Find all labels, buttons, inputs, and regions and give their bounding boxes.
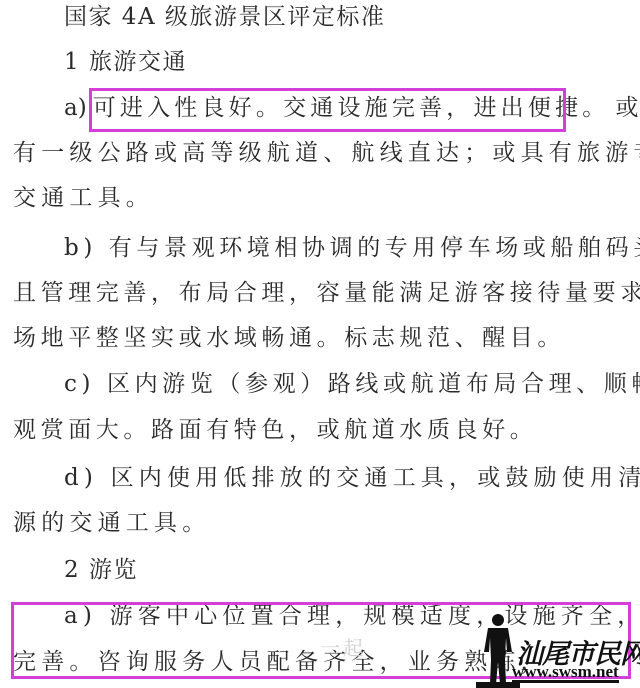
section-1-item-d-line-1: d) 区内使用低排放的交通工具，或鼓励使用清洁能 (64, 461, 629, 495)
section-1-item-c-line-2: 观赏面大。路面有特色，或航道水质良好。 (13, 413, 629, 447)
document-page: 国家 4A 级旅游景区评定标准 1 旅游交通 a)可进入性良好。交通设施完善，进… (0, 0, 640, 688)
highlight-box-accessibility (89, 88, 566, 132)
section-1-item-b-line-3: 场地平整坚实或水域畅通。标志规范、醒目。 (13, 321, 629, 355)
item-label: a) (64, 95, 87, 121)
text-continuation: 或具 (616, 95, 640, 121)
section-1-item-c-line-1: c) 区内游览（参观）路线或航道布局合理、顺畅， (64, 367, 629, 401)
section-2-heading: 2 游览 (64, 553, 629, 587)
section-1-item-d-line-2: 源的交通工具。 (13, 506, 629, 540)
faint-watermark-text: 一起 (320, 632, 366, 661)
section-1-item-b-line-1: b) 有与景观环境相协调的专用停车场或船舶码头。 (64, 231, 629, 265)
section-1-heading: 1 旅游交通 (64, 45, 629, 79)
section-1-item-b-line-2: 且管理完善，布局合理，容量能满足游客接待量要求。 (13, 276, 629, 310)
document-title: 国家 4A 级旅游景区评定标准 (64, 0, 629, 34)
watermark-url: www.swsm.net (512, 664, 619, 683)
site-watermark: 汕尾市民网 www.swsm.net (476, 612, 634, 688)
section-1-item-a-line-3: 交通工具。 (13, 181, 629, 215)
section-1-item-a-line-2: 有一级公路或高等级航道、航线直达；或具有旅游专线 (13, 136, 629, 170)
